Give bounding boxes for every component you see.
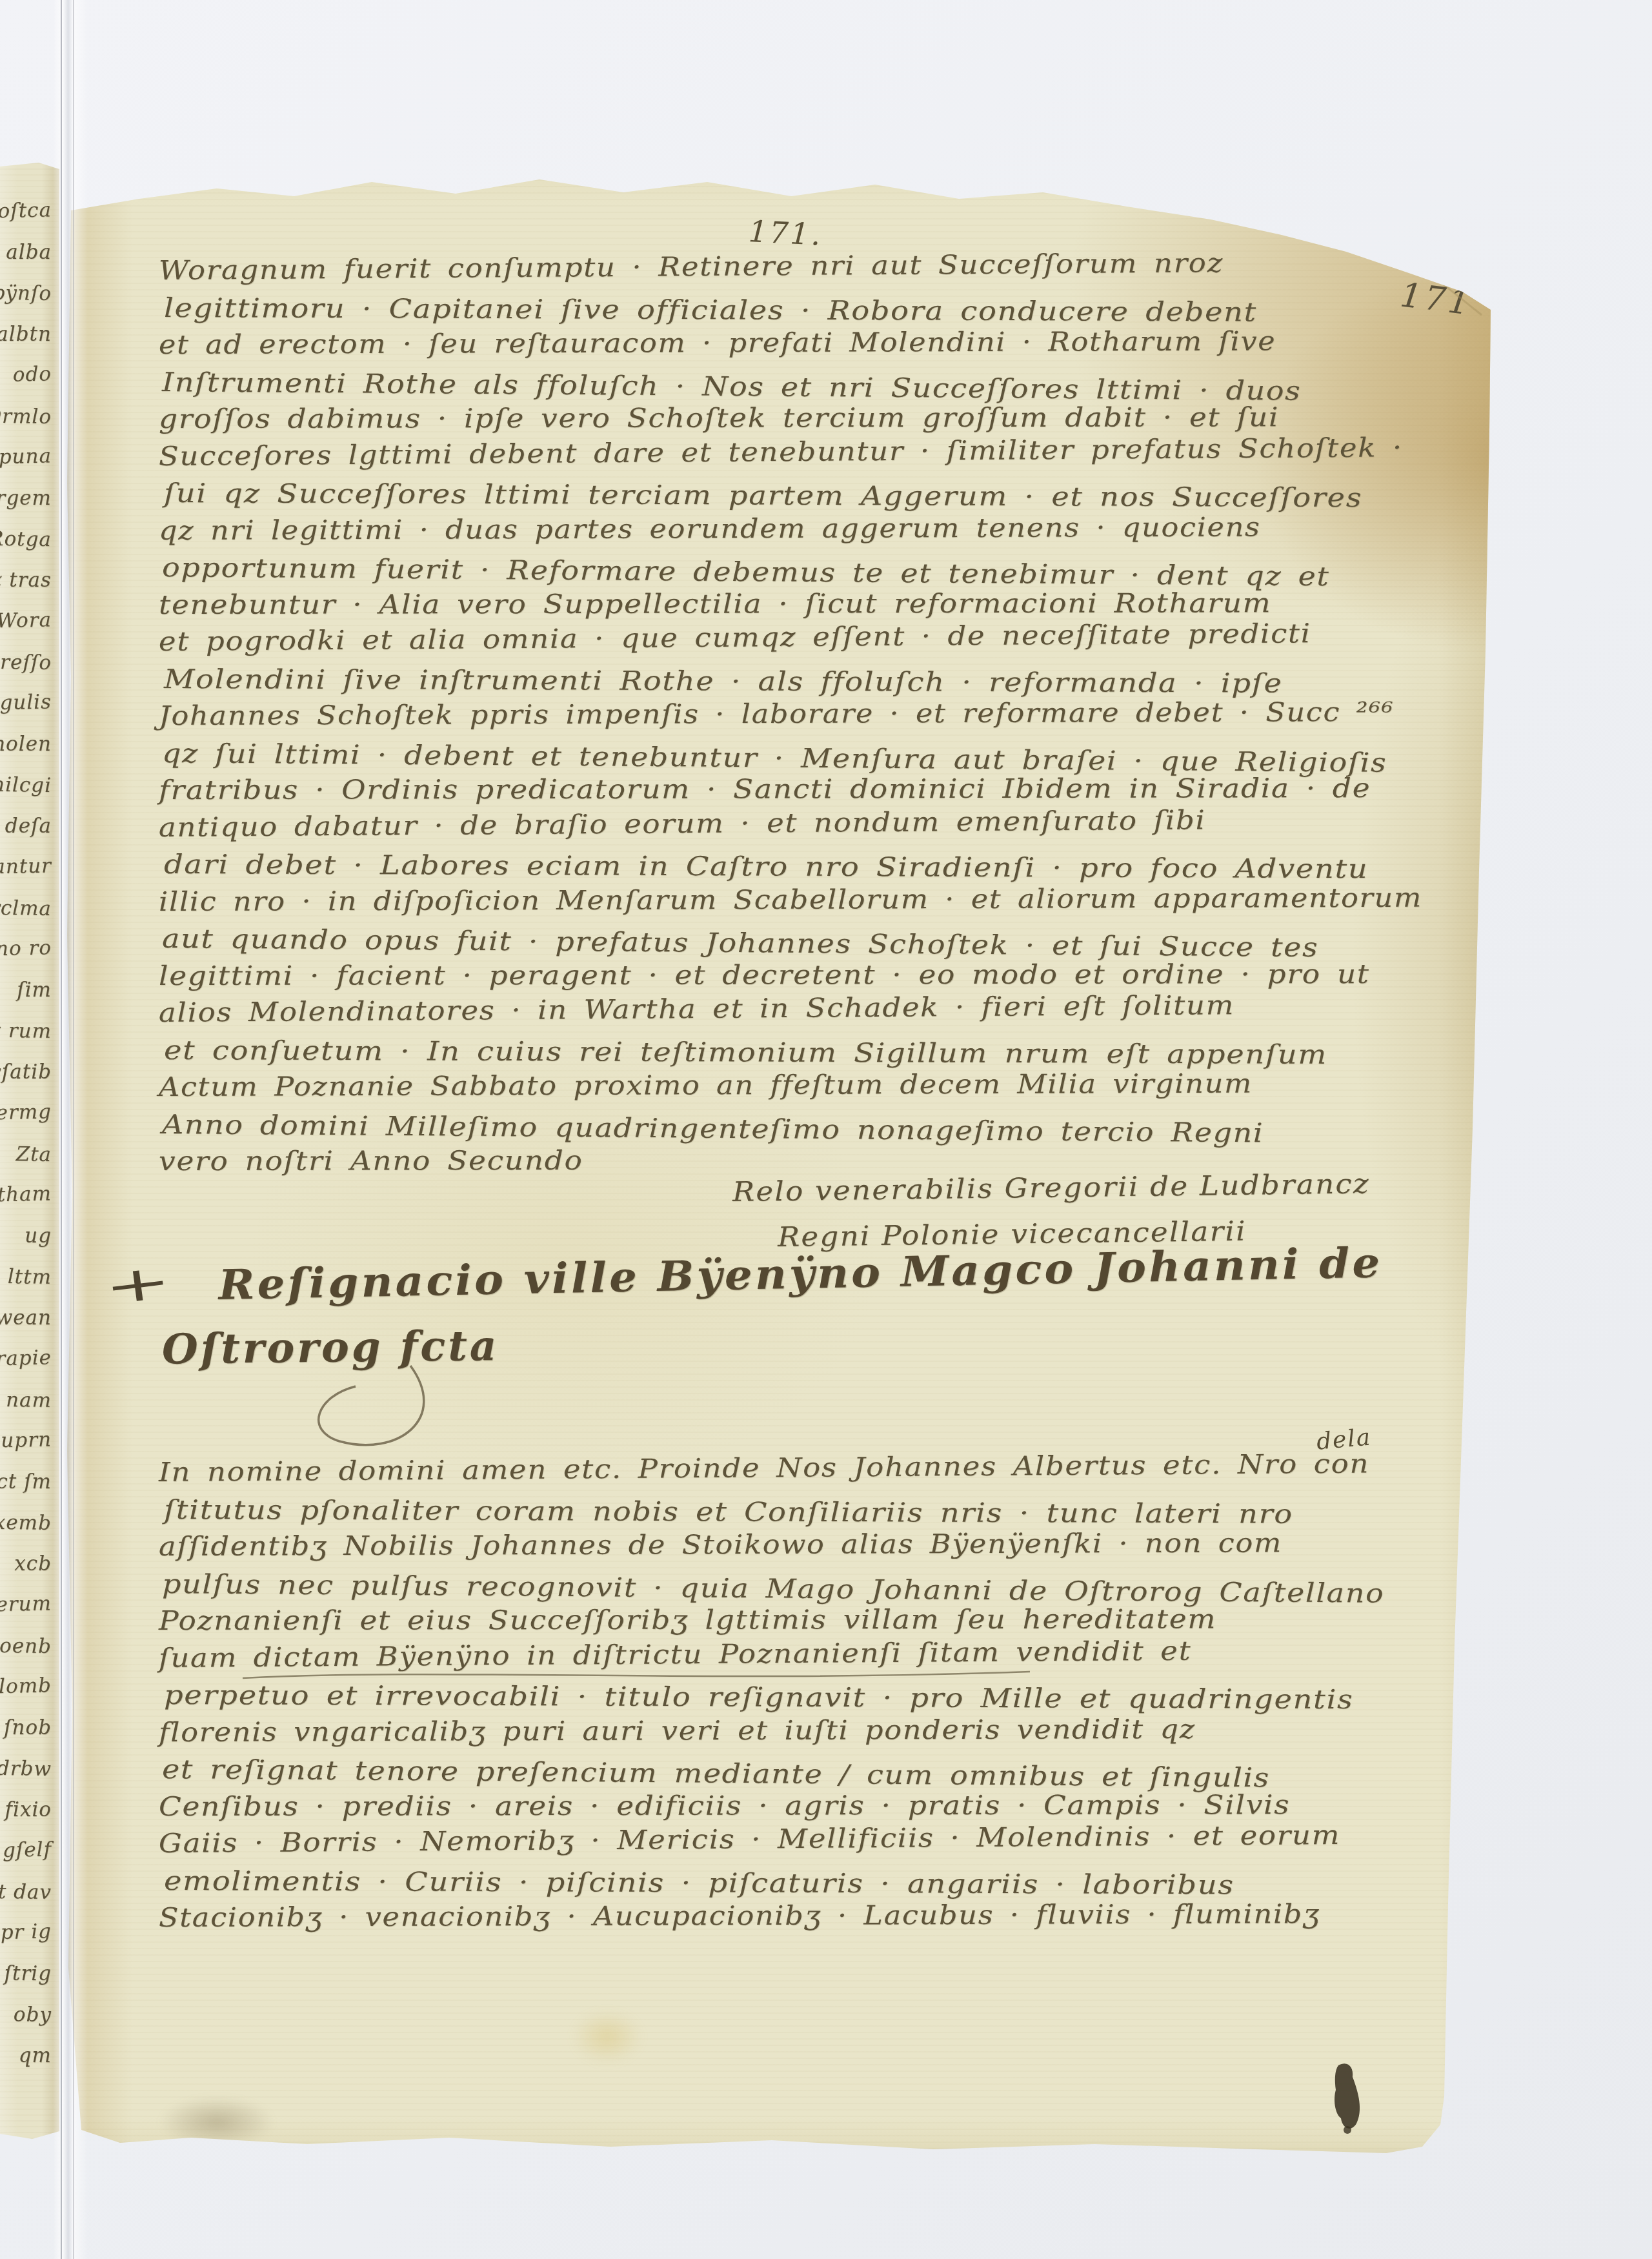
previous-page-text-fragment: ſnob — [0, 1718, 52, 1738]
manuscript-page: 171. 171 Woragnum fuerit conſumptu · Ret… — [62, 160, 1497, 2156]
smudge-stain — [159, 2096, 275, 2148]
previous-page-text-fragment: rapie — [0, 1348, 52, 1370]
previous-page-text-fragment: pÿnſo — [0, 283, 52, 304]
previous-page-text-fragment: oſtca — [0, 200, 52, 222]
previous-page-text-fragment: antur — [0, 856, 52, 878]
previous-page-text-fragment: milcgi — [0, 775, 52, 796]
previous-page-text-fragment: z tras — [0, 571, 52, 591]
previous-page-text-fragment: Zta — [0, 1143, 52, 1164]
previous-page-text-fragment: no ro — [0, 938, 52, 960]
previous-page-text-fragment: uprn — [0, 1430, 52, 1452]
previous-page-text-fragment: xerum — [0, 1594, 52, 1616]
manuscript-text-line: Stacionibʒ · venacionibʒ · Aucupacionibʒ… — [159, 1899, 1551, 1941]
manuscript-text-line: aſſidentibʒ Nobilis Johannes de Stoikowo… — [159, 1528, 1551, 1570]
previous-page-text-fragment: s gſelf — [0, 1839, 52, 1861]
previous-page-text-fragment: et dav — [0, 1881, 52, 1902]
previous-page-text-fragment: xemb — [0, 1512, 52, 1534]
previous-page-text-fragment: arclma — [0, 897, 52, 918]
manuscript-text-line: antiquo dabatur · de braſio eorum · et n… — [159, 804, 1564, 851]
previous-page-text-fragment: molen — [0, 734, 52, 755]
manuscript-text-line: Johannes Schoſtek ppris impenſis · labor… — [159, 698, 1551, 739]
manuscript-text-line: In nomine domini amen etc. Proinde Nos J… — [159, 1448, 1564, 1495]
previous-page-text-fragment: Wora — [0, 610, 52, 632]
manuscript-text-line: et pogrodki et alia omnia · que cumqz eſ… — [159, 618, 1564, 665]
previous-page-text-fragment: puna — [0, 446, 52, 468]
previous-page-text-fragment: fixio — [0, 1800, 52, 1820]
previous-page-text-fragment: lomb — [0, 1676, 52, 1697]
ink-blot-dot — [1344, 2126, 1351, 2134]
section-heading: +Reſignacio ville Bÿenÿno Magco Johanni … — [117, 1257, 1322, 1368]
previous-page-text-fragment: ndrbw — [0, 1758, 52, 1779]
previous-page-text-fragment: Drmlo — [0, 405, 52, 427]
cross-marker: + — [101, 1253, 174, 1317]
manuscript-text-line: Succeſores lgttimi debent dare et tenebu… — [159, 432, 1564, 480]
previous-page-text-fragment: albtn — [0, 325, 52, 345]
deed-text-block: In nomine domini amen etc. Proinde Nos J… — [159, 1459, 1436, 1941]
manuscript-text-line: Actum Poznanie Sabbato proximo an ffeſtu… — [159, 1069, 1551, 1110]
previous-page-text-fragment: ſim — [0, 980, 52, 1000]
previous-page-text-fragment: tcreſſo — [0, 651, 52, 673]
previous-page-text-fragment: Roſtham — [0, 1184, 52, 1206]
ink-blot — [1335, 2063, 1360, 2129]
manuscript-scan: oſtcaalbapÿnſoalbtnodoDrmlopunargemRotga… — [0, 0, 1652, 2259]
manuscript-text-line: et ad erectom · ſeu reſtauracom · prefat… — [159, 327, 1551, 368]
previous-page-text-fragment: qm — [0, 2046, 52, 2066]
manuscript-text-line: illic nro · in diſpoſicion Menſarum Scab… — [159, 884, 1551, 925]
previous-page-text-fragment: rgem — [0, 489, 52, 509]
previous-page-text-fragment: ct ſm — [0, 1472, 52, 1492]
manuscript-text-line: florenis vngaricalibʒ puri auri veri et … — [159, 1714, 1551, 1756]
previous-page-text-fragment: z rum — [0, 1020, 52, 1042]
previous-page-text-fragment: Rotga — [0, 529, 52, 550]
heading-flourish — [319, 1366, 424, 1445]
previous-page-text-fragment: ug — [0, 1226, 52, 1246]
previous-page-text-fragment: pr ig — [0, 1921, 52, 1943]
section-heading-line1: Reſignacio ville Bÿenÿno Magco Johanni d… — [218, 1239, 1383, 1310]
previous-page-text-fragment: ermg — [0, 1102, 52, 1124]
manuscript-text-line: alios Molendinatores · in Wartha et in S… — [159, 989, 1564, 1036]
previous-page-edge: oſtcaalbapÿnſoalbtnodoDrmlopunargemRotga… — [0, 163, 59, 2139]
previous-page-text-fragment: cſatib — [0, 1062, 52, 1082]
act-text-block: Woragnum fuerit conſumptu · Retinere nri… — [159, 257, 1436, 1185]
section-heading-line1-row: +Reſignacio ville Bÿenÿno Magco Johanni … — [116, 1233, 1383, 1313]
manuscript-text-line: Gaiis · Borris · Nemoribʒ · Mericis · Me… — [159, 1819, 1564, 1867]
manuscript-text-line: qz nri legittimi · duas partes eorundem … — [159, 512, 1551, 554]
previous-page-text-fragment: ſwean — [0, 1308, 52, 1328]
previous-page-text-fragment: ſtrig — [0, 1964, 52, 1984]
previous-page-text-fragment: nam — [0, 1389, 52, 1410]
previous-page-text-fragment: p deſa — [0, 816, 52, 836]
previous-page-text-fragment: oenb — [0, 1635, 52, 1656]
section-heading-line2: Oſtrorog fcta — [162, 1313, 1323, 1374]
previous-page-text-fragment: alba — [0, 243, 52, 263]
previous-page-text-fragment: rb lttm — [0, 1266, 52, 1288]
yellow-stain — [572, 2010, 643, 2064]
manuscript-text-line: ſuam dictam Bÿenÿno in diſtrictu Poznani… — [159, 1634, 1564, 1681]
folio-number-inline: 171. — [748, 214, 823, 252]
previous-page-text-fragment: xcb — [0, 1554, 52, 1574]
previous-page-text-fragment: gulis — [0, 692, 52, 714]
manuscript-text-line: Woragnum fuerit conſumptu · Retinere nri… — [159, 247, 1564, 294]
previous-page-text-fragment: oby — [0, 2004, 52, 2025]
previous-page-text-fragment: odo — [0, 364, 52, 386]
